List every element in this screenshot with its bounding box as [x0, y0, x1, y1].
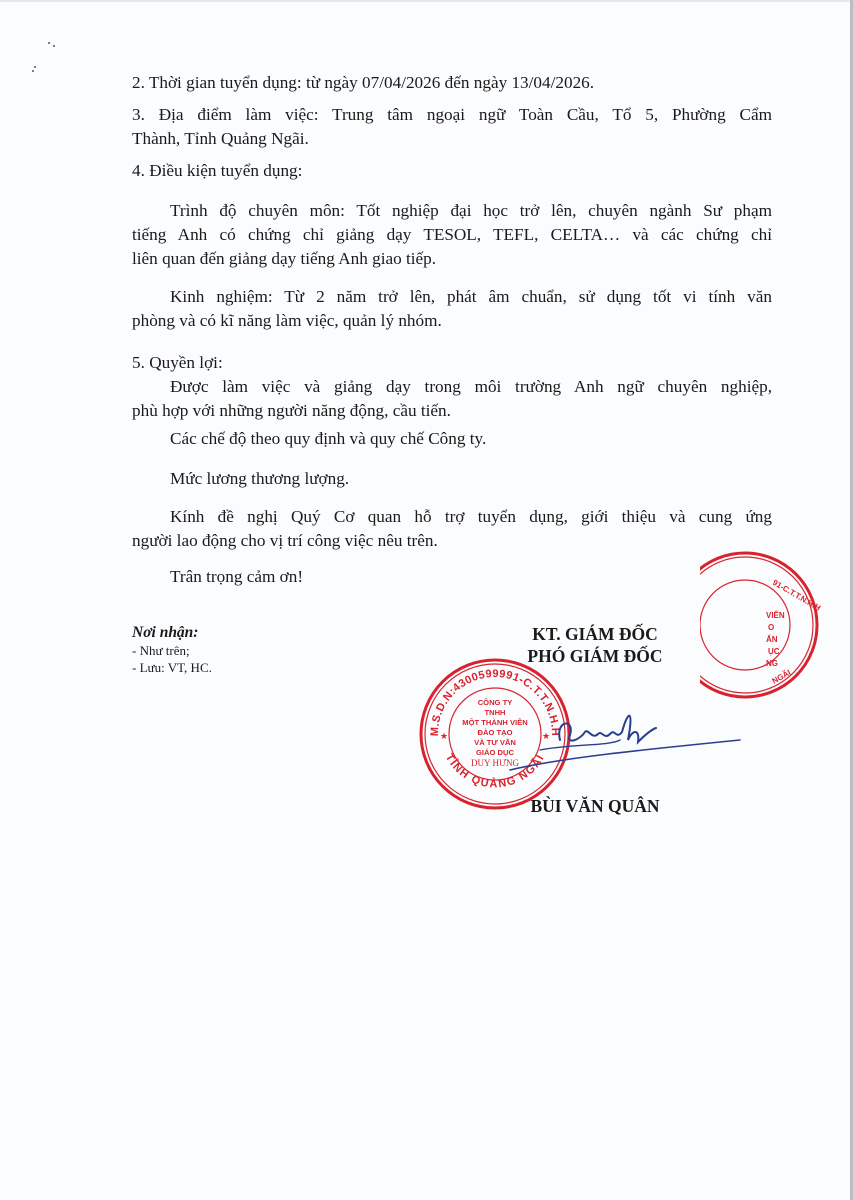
item-workplace-line2: Thành, Tỉnh Quảng Ngãi. [132, 128, 309, 150]
item-benefits-heading: 5. Quyền lợi: [132, 352, 223, 374]
benefit2: Các chế độ theo quy định và quy chế Công… [170, 428, 486, 450]
signer-title-1: KT. GIÁM ĐỐC [470, 624, 720, 645]
item-recruitment-time: 2. Thời gian tuyển dụng: từ ngày 07/04/2… [132, 72, 594, 94]
request-line2: người lao động cho vị trí công việc nêu … [132, 530, 438, 552]
closing: Trân trọng cảm ơn! [170, 566, 303, 588]
request-line1: Kính đề nghị Quý Cơ quan hỗ trợ tuyển dụ… [132, 506, 772, 528]
item-conditions-heading: 4. Điều kiện tuyển dụng: [132, 160, 302, 182]
benefit1-line2: phù hợp với những người năng động, cầu t… [132, 400, 451, 422]
svg-text:ẤN: ẤN [766, 634, 778, 644]
svg-text:★: ★ [440, 731, 448, 741]
benefit3: Mức lương thương lượng. [170, 468, 349, 490]
recipient-item: - Lưu: VT, HC. [132, 660, 212, 676]
benefit1-line1: Được làm việc và giảng dạy trong môi trư… [132, 376, 772, 398]
item-workplace-line1: 3. Địa điểm làm việc: Trung tâm ngoại ng… [132, 104, 772, 126]
scan-specks [30, 38, 70, 78]
qualification-line1: Trình độ chuyên môn: Tốt nghiệp đại học … [132, 200, 772, 222]
partial-stamp: 91-C.T.T.N.H.H VIÊN O ẤN ỤC NG NGÃI [700, 550, 853, 700]
handwritten-signature [500, 700, 760, 780]
svg-text:NG: NG [766, 659, 778, 668]
qualification-line3: liên quan đến giảng dạy tiếng Anh giao t… [132, 248, 436, 270]
svg-text:VIÊN: VIÊN [766, 611, 785, 620]
qualification-line2: tiếng Anh có chứng chỉ giảng dạy TESOL, … [132, 224, 772, 246]
recipients-title: Nơi nhận: [132, 624, 198, 642]
recipient-item: - Như trên; [132, 643, 190, 659]
signer-name: BÙI VĂN QUÂN [470, 796, 720, 817]
svg-text:O: O [768, 623, 774, 632]
svg-text:ỤC: ỤC [768, 647, 780, 656]
scan-top-edge [0, 0, 853, 2]
experience-line2: phòng và có kĩ năng làm việc, quản lý nh… [132, 310, 442, 332]
experience-line1: Kinh nghiệm: Từ 2 năm trở lên, phát âm c… [132, 286, 772, 308]
